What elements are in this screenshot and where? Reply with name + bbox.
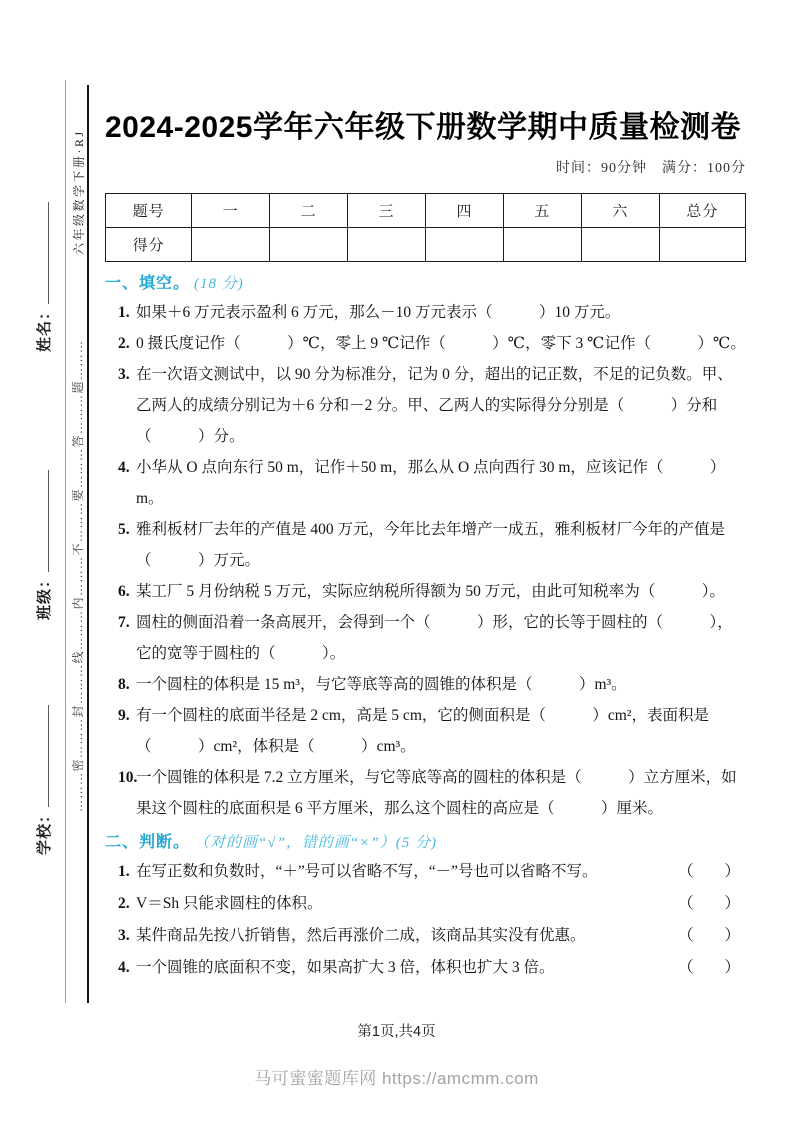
exam-page: 六年级数学下册·RJ ………密………封………线………内………不………要………答…… xyxy=(0,0,793,1122)
seal-line-text: ………密………封………线………内………不………要………答………题……… xyxy=(69,237,86,812)
class-field-blank xyxy=(35,470,49,572)
judge-question-4: 4.一个圆锥的底面积不变，如果高扩大 3 倍，体积也扩大 3 倍。 （ ） xyxy=(105,952,746,984)
school-field: 学校： xyxy=(33,705,54,855)
class-field: 班级： xyxy=(33,470,54,620)
judge-question-3: 3.某件商品先按八折销售，然后再涨价二成，该商品其实没有优惠。 （ ） xyxy=(105,920,746,952)
question-text: 某工厂 5 月份纳税 5 万元，实际应纳税所得额为 50 万元，由此可知税率为（… xyxy=(136,583,725,600)
fill-question-7: 7.圆柱的侧面沿着一条高展开，会得到一个（ ）形，它的长等于圆柱的（ ），它的宽… xyxy=(105,607,746,669)
question-number: 3. xyxy=(118,359,130,390)
question-text: 小华从 O 点向东行 50 m，记作＋50 m，那么从 O 点向西行 30 m，… xyxy=(136,459,725,507)
score-empty-cell xyxy=(659,228,745,262)
score-table-header-cell: 二 xyxy=(270,194,348,228)
exam-meta: 时间：90分钟 满分：100分 xyxy=(105,159,746,179)
question-number: 3. xyxy=(118,920,130,952)
fill-question-1: 1.如果＋6 万元表示盈利 6 万元，那么－10 万元表示（ ）10 万元。 xyxy=(105,297,746,328)
question-number: 2. xyxy=(118,328,130,359)
fill-question-5: 5.雅利板材厂去年的产值是 400 万元，今年比去年增产一成五，雅利板材厂今年的… xyxy=(105,514,746,576)
score-table: 题号 一 二 三 四 五 六 总分 得分 xyxy=(105,193,746,262)
score-table-header-row: 题号 一 二 三 四 五 六 总分 xyxy=(106,194,746,228)
question-text: 雅利板材厂去年的产值是 400 万元，今年比去年增产一成五，雅利板材厂今年的产值… xyxy=(136,521,725,569)
fill-question-4: 4.小华从 O 点向东行 50 m，记作＋50 m，那么从 O 点向西行 30 … xyxy=(105,452,746,514)
answer-blank: （ ） xyxy=(678,920,740,952)
score-empty-cell xyxy=(426,228,504,262)
score-table-score-row: 得分 xyxy=(106,228,746,262)
name-field-label: 姓名： xyxy=(37,304,53,352)
question-number: 8. xyxy=(118,669,130,700)
score-empty-cell xyxy=(270,228,348,262)
answer-blank: （ ） xyxy=(678,856,740,888)
score-empty-cell xyxy=(348,228,426,262)
fill-question-2: 2.0 摄氏度记作（ ）℃，零上 9 ℃记作（ ）℃，零下 3 ℃记作（ ）℃。 xyxy=(105,328,746,359)
question-number: 1. xyxy=(118,297,130,328)
question-number: 2. xyxy=(118,888,130,920)
score-table-header-cell: 一 xyxy=(192,194,270,228)
answer-blank: （ ） xyxy=(678,888,740,920)
judge-question-line: 1.在写正数和负数时，“＋”号可以省略不写，“－”号也可以省略不写。 xyxy=(105,856,678,888)
score-empty-cell xyxy=(192,228,270,262)
section-header-judge: 二、判断。 （对的画“√”，错的画“×”）(5 分) xyxy=(105,830,746,856)
book-edition-label: 六年级数学下册·RJ xyxy=(70,105,87,255)
question-number: 4. xyxy=(118,952,130,984)
exam-title: 2024-2025学年六年级下册数学期中质量检测卷 xyxy=(105,107,746,149)
question-text: 某件商品先按八折销售，然后再涨价二成，该商品其实没有优惠。 xyxy=(136,927,586,944)
question-number: 5. xyxy=(118,514,130,545)
question-number: 9. xyxy=(118,700,130,731)
question-text: 在写正数和负数时，“＋”号可以省略不写，“－”号也可以省略不写。 xyxy=(136,863,598,880)
judge-question-line: 3.某件商品先按八折销售，然后再涨价二成，该商品其实没有优惠。 xyxy=(105,920,678,952)
page-number: 第1页,共4页 xyxy=(0,1020,793,1041)
section-judge-note: （对的画“√”，错的画“×”）(5 分) xyxy=(194,835,437,851)
section-fill-label: 一、填空。 xyxy=(105,275,190,292)
question-number: 6. xyxy=(118,576,130,607)
fill-question-10: 10.一个圆锥的体积是 7.2 立方厘米，与它等底等高的圆柱的体积是（ ）立方厘… xyxy=(105,762,746,824)
judge-question-line: 4.一个圆锥的底面积不变，如果高扩大 3 倍，体积也扩大 3 倍。 xyxy=(105,952,678,984)
question-number: 10. xyxy=(118,762,137,793)
section-judge-label: 二、判断。 xyxy=(105,834,190,851)
score-table-header-cell: 题号 xyxy=(106,194,192,228)
judge-question-2: 2.V＝Sh 只能求圆柱的体积。 （ ） xyxy=(105,888,746,920)
section-header-fill: 一、填空。 (18 分) xyxy=(105,271,746,297)
name-field: 姓名： xyxy=(33,197,54,352)
binding-line-outer xyxy=(65,80,66,1003)
question-number: 7. xyxy=(118,607,130,638)
class-field-label: 班级： xyxy=(37,572,53,620)
fill-question-3: 3.在一次语文测试中，以 90 分为标准分，记为 0 分，超出的记正数，不足的记… xyxy=(105,359,746,452)
binding-line-inner xyxy=(87,85,89,1003)
judge-question-line: 2.V＝Sh 只能求圆柱的体积。 xyxy=(105,888,678,920)
question-text: 在一次语文测试中，以 90 分为标准分，记为 0 分，超出的记正数，不足的记负数… xyxy=(136,366,733,445)
score-table-header-cell: 三 xyxy=(348,194,426,228)
question-text: 圆柱的侧面沿着一条高展开，会得到一个（ ）形，它的长等于圆柱的（ ），它的宽等于… xyxy=(136,614,733,662)
fill-question-6: 6.某工厂 5 月份纳税 5 万元，实际应纳税所得额为 50 万元，由此可知税率… xyxy=(105,576,746,607)
score-table-header-cell: 四 xyxy=(426,194,504,228)
answer-blank: （ ） xyxy=(678,952,740,984)
school-field-blank xyxy=(35,705,49,807)
fill-question-9: 9.有一个圆柱的底面半径是 2 cm，高是 5 cm，它的侧面积是（ ）cm²，… xyxy=(105,700,746,762)
question-number: 4. xyxy=(118,452,130,483)
score-empty-cell xyxy=(503,228,581,262)
question-text: 一个圆柱的体积是 15 m³，与它等底等高的圆锥的体积是（ ）m³。 xyxy=(136,676,627,693)
judge-question-1: 1.在写正数和负数时，“＋”号可以省略不写，“－”号也可以省略不写。 （ ） xyxy=(105,856,746,888)
score-table-header-cell: 六 xyxy=(581,194,659,228)
question-text: 如果＋6 万元表示盈利 6 万元，那么－10 万元表示（ ）10 万元。 xyxy=(136,304,620,321)
exam-content: 2024-2025学年六年级下册数学期中质量检测卷 时间：90分钟 满分：100… xyxy=(105,0,746,984)
fill-question-8: 8.一个圆柱的体积是 15 m³，与它等底等高的圆锥的体积是（ ）m³。 xyxy=(105,669,746,700)
score-empty-cell xyxy=(581,228,659,262)
score-table-header-cell: 五 xyxy=(503,194,581,228)
question-text: V＝Sh 只能求圆柱的体积。 xyxy=(136,895,322,912)
question-number: 1. xyxy=(118,856,130,888)
score-label-cell: 得分 xyxy=(106,228,192,262)
question-text: 一个圆锥的底面积不变，如果高扩大 3 倍，体积也扩大 3 倍。 xyxy=(136,959,555,976)
question-text: 0 摄氏度记作（ ）℃，零上 9 ℃记作（ ）℃，零下 3 ℃记作（ ）℃。 xyxy=(136,335,746,352)
name-field-blank xyxy=(35,202,49,304)
watermark: 马可蜜蜜题库网 https://amcmm.com xyxy=(0,1064,793,1089)
score-table-header-cell: 总分 xyxy=(659,194,745,228)
question-text: 有一个圆柱的底面半径是 2 cm，高是 5 cm，它的侧面积是（ ）cm²，表面… xyxy=(136,707,709,755)
question-text: 一个圆锥的体积是 7.2 立方厘米，与它等底等高的圆柱的体积是（ ）立方厘米，如… xyxy=(136,769,737,817)
section-fill-note: (18 分) xyxy=(194,276,244,292)
school-field-label: 学校： xyxy=(37,807,53,855)
